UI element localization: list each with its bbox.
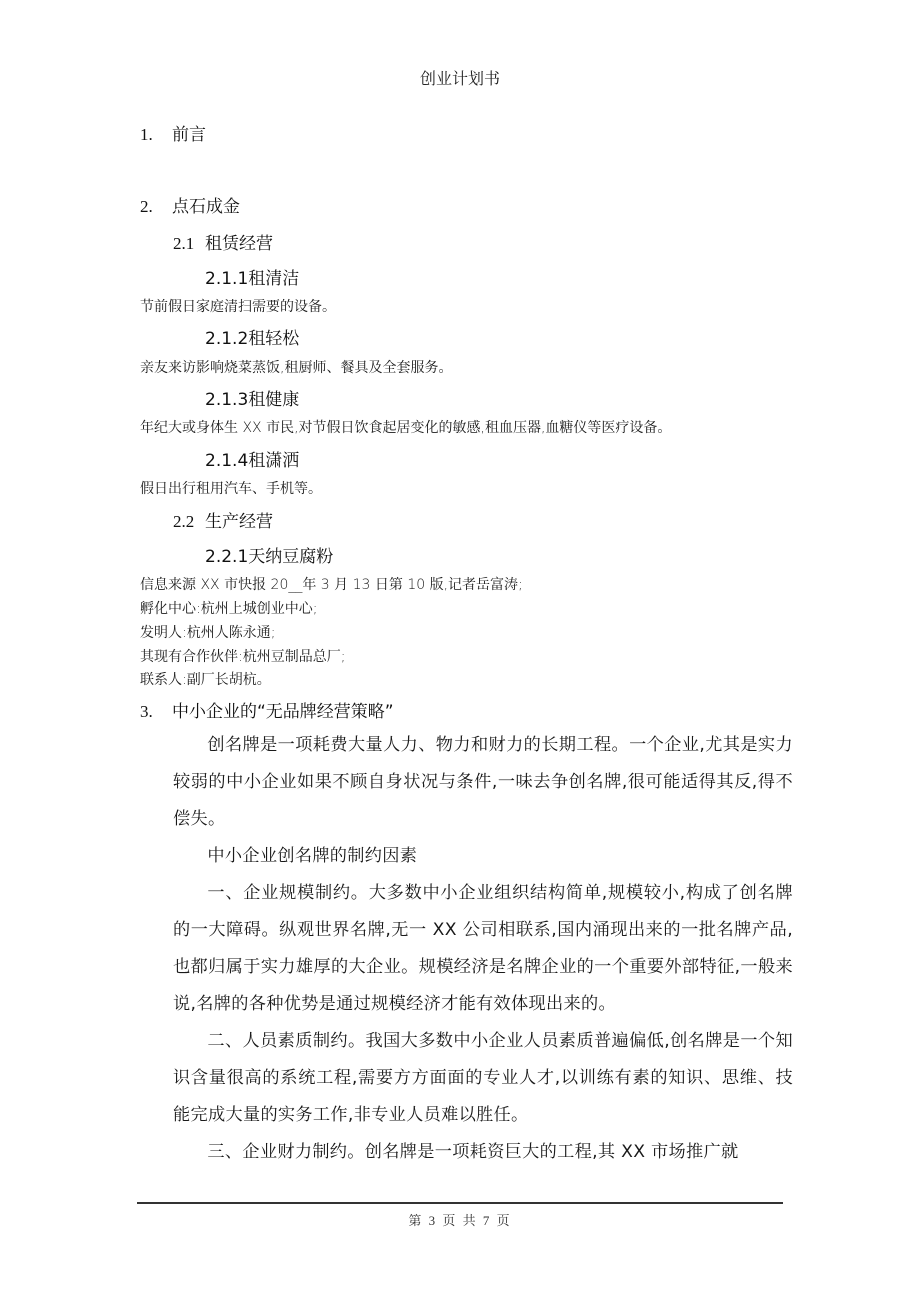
section-title: 前言 <box>172 125 206 145</box>
section-title: 中小企业的“无品牌经营策略” <box>172 702 394 722</box>
section-number: 2. <box>140 197 172 217</box>
item-text-2-1-4: 假日出行租用汽车、手机等。 <box>140 478 322 498</box>
paragraph-personnel-constraint: 二、人员素质制约。我国大多数中小企业人员素质普遍偏低,创名牌是一个知识含量很高的… <box>173 1023 793 1134</box>
item-heading-2-1-4: 2.1.4租潇洒 <box>205 446 299 471</box>
section-number: 1. <box>140 125 172 145</box>
subsection-number: 2.1 <box>173 234 205 254</box>
item-heading-2-1-3: 2.1.3租健康 <box>205 385 299 410</box>
section-title: 点石成金 <box>172 197 240 217</box>
info-line-contact: 联系人:副厂长胡杭。 <box>140 669 271 689</box>
footer-divider <box>137 1202 783 1204</box>
section-heading-2: 2.点石成金 <box>140 192 240 217</box>
section-heading-3: 3.中小企业的“无品牌经营策略” <box>140 697 394 722</box>
item-heading-2-1-1: 2.1.1租清洁 <box>205 264 299 289</box>
paragraph-finance-constraint: 三、企业财力制约。创名牌是一项耗资巨大的工程,其 XX 市场推广就 <box>173 1134 793 1171</box>
section-number: 3. <box>140 702 172 722</box>
subsection-heading-2-1: 2.1租赁经营 <box>173 229 273 254</box>
paragraph-constraints-heading: 中小企业创名牌的制约因素 <box>173 838 793 875</box>
info-line-inventor: 发明人:杭州人陈永通; <box>140 622 275 642</box>
document-page: 创业计划书 1.前言 2.点石成金 2.1租赁经营 2.1.1租清洁 节前假日家… <box>0 0 920 1302</box>
document-title: 创业计划书 <box>0 66 920 89</box>
section-heading-1: 1.前言 <box>140 120 206 145</box>
item-text-2-1-2: 亲友来访影响烧菜蒸饭,租厨师、餐具及全套服务。 <box>140 357 452 377</box>
item-heading-2-1-2: 2.1.2租轻松 <box>205 324 299 349</box>
info-line-partner: 其现有合作伙伴:杭州豆制品总厂; <box>140 646 345 666</box>
item-text-2-1-1: 节前假日家庭清扫需要的设备。 <box>140 296 336 316</box>
item-heading-2-2-1: 2.2.1天纳豆腐粉 <box>205 542 333 567</box>
paragraph-scale-constraint: 一、企业规模制约。大多数中小企业组织结构简单,规模较小,构成了创名牌的一大障碍。… <box>173 875 793 1023</box>
item-text-2-1-3: 年纪大或身体生 XX 市民,对节假日饮食起居变化的敏感,租血压器,血糖仪等医疗设… <box>140 417 671 437</box>
subsection-title: 生产经营 <box>205 512 273 532</box>
info-line-source: 信息来源 XX 市快报 20__年 3 月 13 日第 10 版,记者岳富涛; <box>140 574 523 594</box>
page-number-footer: 第 3 页 共 7 页 <box>0 1210 920 1229</box>
subsection-title: 租赁经营 <box>205 234 273 254</box>
subsection-number: 2.2 <box>173 512 205 532</box>
info-line-incubator: 孵化中心:杭州上城创业中心; <box>140 598 317 618</box>
paragraph-intro: 创名牌是一项耗费大量人力、物力和财力的长期工程。一个企业,尤其是实力较弱的中小企… <box>173 727 793 838</box>
subsection-heading-2-2: 2.2生产经营 <box>173 507 273 532</box>
